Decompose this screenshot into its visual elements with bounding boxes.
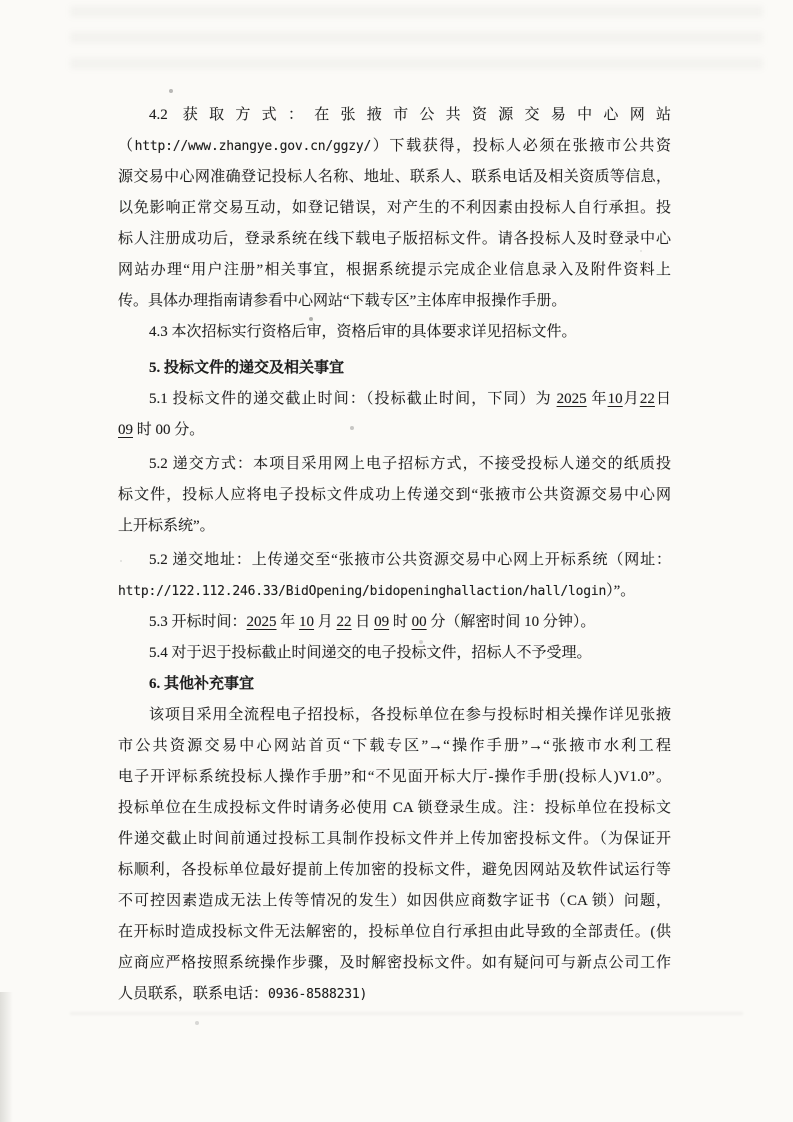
underlined-value: 10 [299, 614, 314, 630]
doc-line-3: 源交易中心网准确登记投标人名称、地址、联系人、联系电话及相关资质等信息， [118, 162, 671, 193]
doc-line-18: 5.4 对于迟于投标截止时间递交的电子投标文件，招标人不予受理。 [118, 638, 671, 669]
underlined-value: 2025 [247, 614, 277, 630]
doc-line-2: （http://www.zhangye.gov.cn/ggzy/）下载获得，投标… [118, 131, 671, 162]
doc-line-20: 该项目采用全流程电子招投标，各投标单位在参与投标时相关操作详见张掖 [118, 700, 671, 731]
mono-text: http://122.112.246.33/BidOpening/bidopen… [118, 584, 606, 599]
text-run: 5.2 递交方式：本项目采用网上电子招标方式，不接受投标人递交的纸质投 [149, 456, 671, 472]
text-run: 以免影响正常交易互动，如登记错误，对产生的不利因素由投标人自行承担。投 [118, 200, 671, 216]
text-run: 人员联系，联系电话： [118, 986, 268, 1002]
doc-line-12: 5.2 递交方式：本项目采用网上电子招标方式，不接受投标人递交的纸质投 [118, 449, 671, 480]
doc-line-5: 标人注册成功后，登录系统在线下载电子版招标文件。请各投标人及时登录中心 [118, 224, 671, 255]
text-run: 不可控因素造成无法上传等情况的发生）如因供应商数字证书（CA 锁）问题， [118, 893, 671, 909]
text-run: （ [118, 138, 135, 154]
doc-line-4: 以免影响正常交易互动，如登记错误，对产生的不利因素由投标人自行承担。投 [118, 193, 671, 224]
text-run: 电子开评标系统投标人操作手册”和“不见面开标大厅-操作手册(投标人)V1.0”。 [118, 769, 671, 785]
text-run: 月 [314, 614, 337, 630]
doc-line-10: 5.1 投标文件的递交截止时间：（投标截止时间，下同）为 2025 年10月22… [118, 384, 671, 415]
doc-line-9: 5. 投标文件的递交及相关事宜 [118, 353, 671, 384]
doc-line-7: 传。具体办理指南请参看中心网站“下载专区”主体库申报操作手册。 [118, 286, 671, 317]
text-run: 5.2 递交地址：上传递交至“张掖市公共资源交易中心网上开标系统（网址： [149, 552, 671, 568]
underlined-value: 2025 [557, 391, 587, 407]
text-run: 5. 投标文件的递交及相关事宜 [149, 360, 344, 376]
underlined-value: 09 [118, 422, 133, 438]
doc-line-1: 4.2 获取方式：在张掖市公共资源交易中心网站 [118, 100, 671, 131]
doc-line-19: 6. 其他补充事宜 [118, 669, 671, 700]
text-run: 应商应严格按照系统操作步骤，及时解密投标文件。如有疑问可与新点公司工作 [118, 955, 671, 971]
doc-line-11: 09 时 00 分。 [118, 415, 671, 446]
doc-line-28: 应商应严格按照系统操作步骤，及时解密投标文件。如有疑问可与新点公司工作 [118, 948, 671, 979]
doc-line-22: 电子开评标系统投标人操作手册”和“不见面开标大厅-操作手册(投标人)V1.0”。 [118, 762, 671, 793]
text-run: 传。具体办理指南请参看中心网站“下载专区”主体库申报操作手册。 [118, 293, 566, 309]
text-run: 上开标系统”。 [118, 518, 215, 534]
text-run: 4.3 本次招标实行资格后审，资格后审的具体要求详见招标文件。 [149, 324, 577, 340]
document-body: 4.2 获取方式：在张掖市公共资源交易中心网站（http://www.zhang… [118, 100, 671, 1010]
doc-line-6: 网站办理“用户注册”相关事宜，根据系统提示完成企业信息录入及附件资料上 [118, 255, 671, 286]
doc-line-17: 5.3 开标时间：2025 年 10 月 22 日 09 时 00 分（解密时间… [118, 607, 671, 638]
doc-line-23: 投标单位在生成投标文件时请务必使用 CA 锁登录生成。注：投标单位在投标文 [118, 793, 671, 824]
doc-line-13: 标文件，投标人应将电子投标文件成功上传递交到“张掖市公共资源交易中心网 [118, 480, 671, 511]
text-run: 年 [587, 391, 608, 407]
text-run: 标人注册成功后，登录系统在线下载电子版招标文件。请各投标人及时登录中心 [118, 231, 671, 247]
doc-line-14: 上开标系统”。 [118, 511, 671, 542]
text-run: ）”。 [606, 583, 635, 599]
doc-line-8: 4.3 本次招标实行资格后审，资格后审的具体要求详见招标文件。 [118, 317, 671, 348]
text-run: 月 [623, 391, 640, 407]
doc-line-21: 市公共资源交易中心网站首页“下载专区”→“操作手册”→“张掖市水利工程 [118, 731, 671, 762]
text-run: 5.4 对于迟于投标截止时间递交的电子投标文件，招标人不予受理。 [149, 645, 592, 661]
text-run: 标顺利，各投标单位最好提前上传加密的投标文件，避免因网站及软件试运行等 [118, 862, 671, 878]
underlined-value: 00 [412, 614, 427, 630]
text-run: 标文件，投标人应将电子投标文件成功上传递交到“张掖市公共资源交易中心网 [118, 487, 671, 503]
mono-text: 0936-8588231) [268, 987, 367, 1002]
doc-line-25: 标顺利，各投标单位最好提前上传加密的投标文件，避免因网站及软件试运行等 [118, 855, 671, 886]
text-run: 市公共资源交易中心网站首页“下载专区”→“操作手册”→“张掖市水利工程 [118, 738, 671, 754]
text-run: 该项目采用全流程电子招投标，各投标单位在参与投标时相关操作详见张掖 [149, 707, 671, 723]
doc-line-27: 在开标时造成投标文件无法解密的，投标单位自行承担由此导致的全部责任。(供 [118, 917, 671, 948]
text-run: 时 00 分。 [133, 422, 204, 438]
underlined-value: 09 [374, 614, 389, 630]
underlined-value: 22 [640, 391, 655, 407]
scan-streak-artifact [70, 1012, 743, 1015]
underlined-value: 10 [608, 391, 623, 407]
text-run: 年 [277, 614, 300, 630]
text-run: 5.1 投标文件的递交截止时间：（投标截止时间，下同）为 [149, 391, 557, 407]
text-run: 源交易中心网准确登记投标人名称、地址、联系人、联系电话及相关资质等信息， [118, 169, 671, 185]
mono-text: http://www.zhangye.gov.cn/ggzy/ [135, 139, 371, 154]
doc-line-15: 5.2 递交地址：上传递交至“张掖市公共资源交易中心网上开标系统（网址： [118, 545, 671, 576]
doc-line-29: 人员联系，联系电话：0936-8588231) [118, 979, 671, 1010]
text-run: 网站办理“用户注册”相关事宜，根据系统提示完成企业信息录入及附件资料上 [118, 262, 671, 278]
scan-bleed-through-artifact [70, 6, 763, 84]
scanned-page: 4.2 获取方式：在张掖市公共资源交易中心网站（http://www.zhang… [0, 0, 793, 1122]
doc-line-24: 件递交截止时间前通过投标工具制作投标文件并上传加密投标文件。（为保证开 [118, 824, 671, 855]
text-run: 投标单位在生成投标文件时请务必使用 CA 锁登录生成。注：投标单位在投标文 [118, 800, 671, 816]
text-run: 在开标时造成投标文件无法解密的，投标单位自行承担由此导致的全部责任。(供 [118, 924, 671, 940]
text-run: 分（解密时间 10 分钟）。 [427, 614, 596, 630]
text-run: 日 [655, 391, 671, 407]
underlined-value: 22 [337, 614, 352, 630]
scan-edge-shadow [0, 992, 13, 1122]
text-run: 4.2 获取方式：在张掖市公共资源交易中心网站 [149, 107, 671, 123]
scan-specks [0, 0, 2, 2]
doc-line-16: http://122.112.246.33/BidOpening/bidopen… [118, 576, 671, 607]
text-run: ）下载获得，投标人必须在张掖市公共资 [371, 138, 671, 154]
text-run: 日 [352, 614, 375, 630]
text-run: 6. 其他补充事宜 [149, 676, 254, 692]
text-run: 5.3 开标时间： [149, 614, 247, 630]
text-run: 件递交截止时间前通过投标工具制作投标文件并上传加密投标文件。（为保证开 [118, 831, 671, 847]
doc-line-26: 不可控因素造成无法上传等情况的发生）如因供应商数字证书（CA 锁）问题， [118, 886, 671, 917]
text-run: 时 [389, 614, 412, 630]
